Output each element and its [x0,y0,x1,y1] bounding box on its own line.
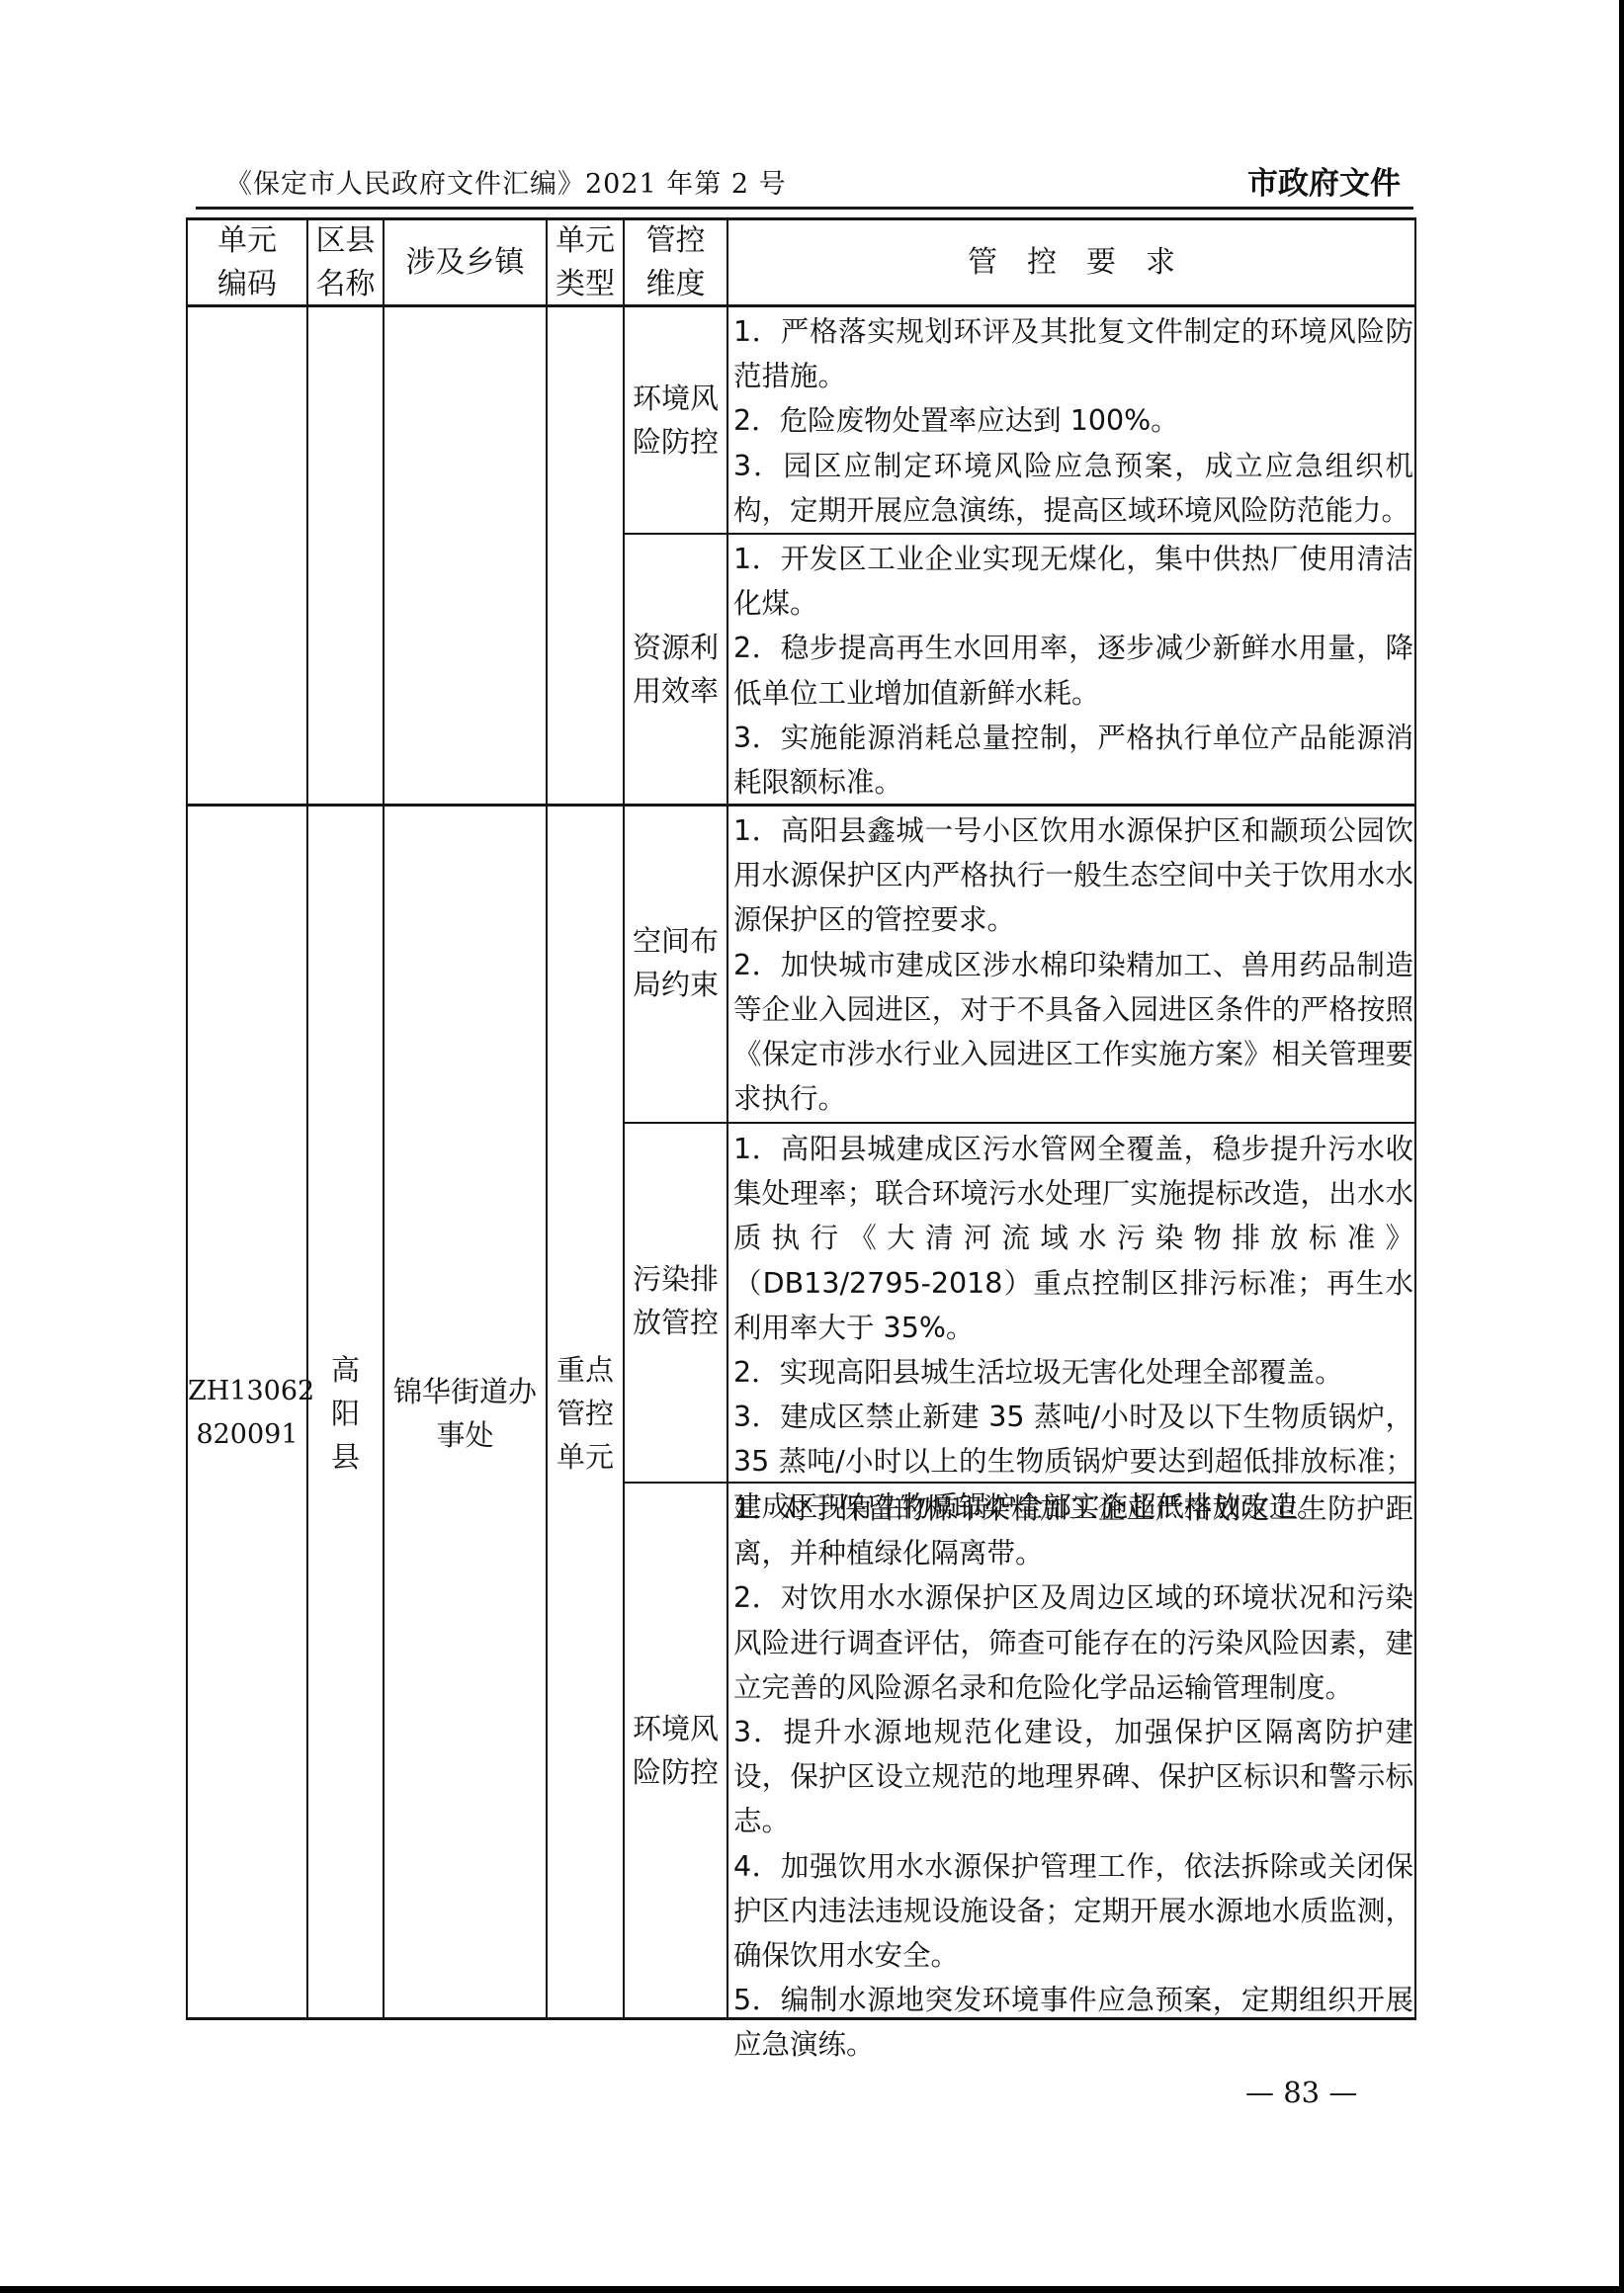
requirement-item: 3．提升水源地规范化建设，加强保护区隔离防护建设，保护区设立规范的地理界碑、保护… [733,1710,1413,1844]
requirement-item: 2．稳步提高再生水回用率，逐步减少新鲜水用量，降低单位工业增加值新鲜水耗。 [733,626,1413,715]
col-divider [546,217,548,2020]
col-divider [306,217,308,2020]
requirements-env-risk: 1．严格落实规划环评及其批复文件制定的环境风险防范措施。 2．危险废物处置率应达… [733,309,1413,533]
requirement-item: 1．高阳县城建成区污水管网全覆盖，稳步提升污水收集处理率；联合环境污水处理厂实施… [733,1127,1413,1350]
dimension-line: 局约束 [624,963,727,1006]
dimension-line: 污染排 [624,1257,727,1301]
th-county-name: 区县 名称 [308,219,383,306]
row-divider [623,1122,1416,1124]
page-number: — 83 — [1245,2076,1357,2109]
requirement-item: 2．对饮用水水源保护区及周边区域的环境状况和污染风险进行调查评估，筛查可能存在的… [733,1575,1413,1710]
unit-code-line: ZH13062 [188,1370,306,1413]
publication-title: 《保定市人民政府文件汇编》2021 年第 2 号 [225,162,787,201]
dimension-resource-efficiency: 资源利 用效率 [624,626,727,713]
th-unit-type: 单元 类型 [548,219,623,306]
section-title: 市政府文件 [1247,158,1401,203]
requirement-item: 2．危险废物处置率应达到 100%。 [733,398,1413,443]
scan-edge-bottom [0,2286,1624,2293]
requirement-item: 1．开发区工业企业实现无煤化，集中供热厂使用清洁化煤。 [733,537,1413,626]
dimension-line: 环境风 [624,1707,727,1750]
county-char: 高 [308,1348,383,1392]
requirements-resource-efficiency: 1．开发区工业企业实现无煤化，集中供热厂使用清洁化煤。 2．稳步提高再生水回用率… [733,537,1413,805]
unit-type: 重点 管控 单元 [548,1348,623,1479]
requirements-env-risk-unit: 1．对于保留的棉印染精加工企业严格划定卫生防护距离，并种植绿化隔离带。 2．对饮… [733,1486,1413,2068]
requirement-item: 5．编制水源地突发环境事件应急预案，定期组织开展应急演练。 [733,1978,1413,2067]
th-dimension-line: 维度 [625,263,727,306]
requirement-item: 3．园区应制定环境风险应急预案，成立应急组织机构，定期开展应急演练，提高区域环境… [733,444,1413,533]
th-township: 涉及乡镇 [385,241,546,285]
unit-type-line: 单元 [548,1435,623,1479]
dimension-line: 险防控 [624,1750,727,1794]
township-line: 锦华街道办 [385,1370,546,1413]
dimension-line: 放管控 [624,1301,727,1344]
requirement-item: 2．实现高阳县城生活垃圾无害化处理全部覆盖。 [733,1350,1413,1395]
header-rule [196,207,1413,210]
dimension-line: 险防控 [624,420,727,464]
dimension-env-risk: 环境风 险防控 [624,377,727,464]
th-unit-code: 单元 编码 [188,219,306,306]
th-unit-code-line: 单元 [188,219,306,263]
th-county-line: 名称 [308,263,383,306]
unit-code: ZH13062 820091 [188,1370,306,1457]
county-char: 阳 [308,1392,383,1435]
township-line: 事处 [385,1413,546,1457]
requirement-item: 1．对于保留的棉印染精加工企业严格划定卫生防护距离，并种植绿化隔离带。 [733,1486,1413,1575]
requirement-item: 4．加强饮用水水源保护管理工作，依法拆除或关闭保护区内违法违规设施设备；定期开展… [733,1844,1413,1979]
scan-edge-right [1619,0,1624,2293]
th-unit-code-line: 编码 [188,263,306,306]
th-dimension-line: 管控 [625,219,727,263]
unit-code-line: 820091 [188,1413,306,1457]
table-left-border [186,217,188,2020]
township-name: 锦华街道办 事处 [385,1370,546,1457]
dimension-pollution-discharge: 污染排 放管控 [624,1257,727,1344]
requirement-item: 1．高阳县鑫城一号小区饮用水源保护区和颛顼公园饮用水源保护区内严格执行一般生态空… [733,808,1413,943]
dimension-line: 空间布 [624,919,727,963]
requirements-spatial-layout: 1．高阳县鑫城一号小区饮用水源保护区和颛顼公园饮用水源保护区内严格执行一般生态空… [733,808,1413,1121]
dimension-line: 环境风 [624,377,727,420]
requirement-item: 3．实施能源消耗总量控制，严格执行单位产品能源消耗限额标准。 [733,716,1413,805]
county-name: 高 阳 县 [308,1348,383,1479]
unit-type-line: 管控 [548,1392,623,1435]
requirements-pollution-discharge: 1．高阳县城建成区污水管网全覆盖，稳步提升污水收集处理率；联合环境污水处理厂实施… [733,1127,1413,1529]
col-divider [383,217,385,2020]
requirement-item: 2．加快城市建成区涉水棉印染精加工、兽用药品制造等企业入园进区，对于不具备入园进… [733,943,1413,1122]
dimension-env-risk-unit: 环境风 险防控 [624,1707,727,1794]
th-requirements: 管 控 要 求 [728,241,1414,285]
county-char: 县 [308,1435,383,1479]
th-unit-type-line: 类型 [548,263,623,306]
th-county-line: 区县 [308,219,383,263]
th-unit-type-line: 单元 [548,219,623,263]
table-right-border [1414,217,1416,2020]
unit-type-line: 重点 [548,1348,623,1392]
dimension-line: 用效率 [624,669,727,713]
requirement-item: 1．严格落实规划环评及其批复文件制定的环境风险防范措施。 [733,309,1413,398]
row-divider [623,533,1416,535]
dimension-line: 资源利 [624,626,727,669]
dimension-spatial-layout: 空间布 局约束 [624,919,727,1006]
th-control-dimension: 管控 维度 [625,219,727,306]
